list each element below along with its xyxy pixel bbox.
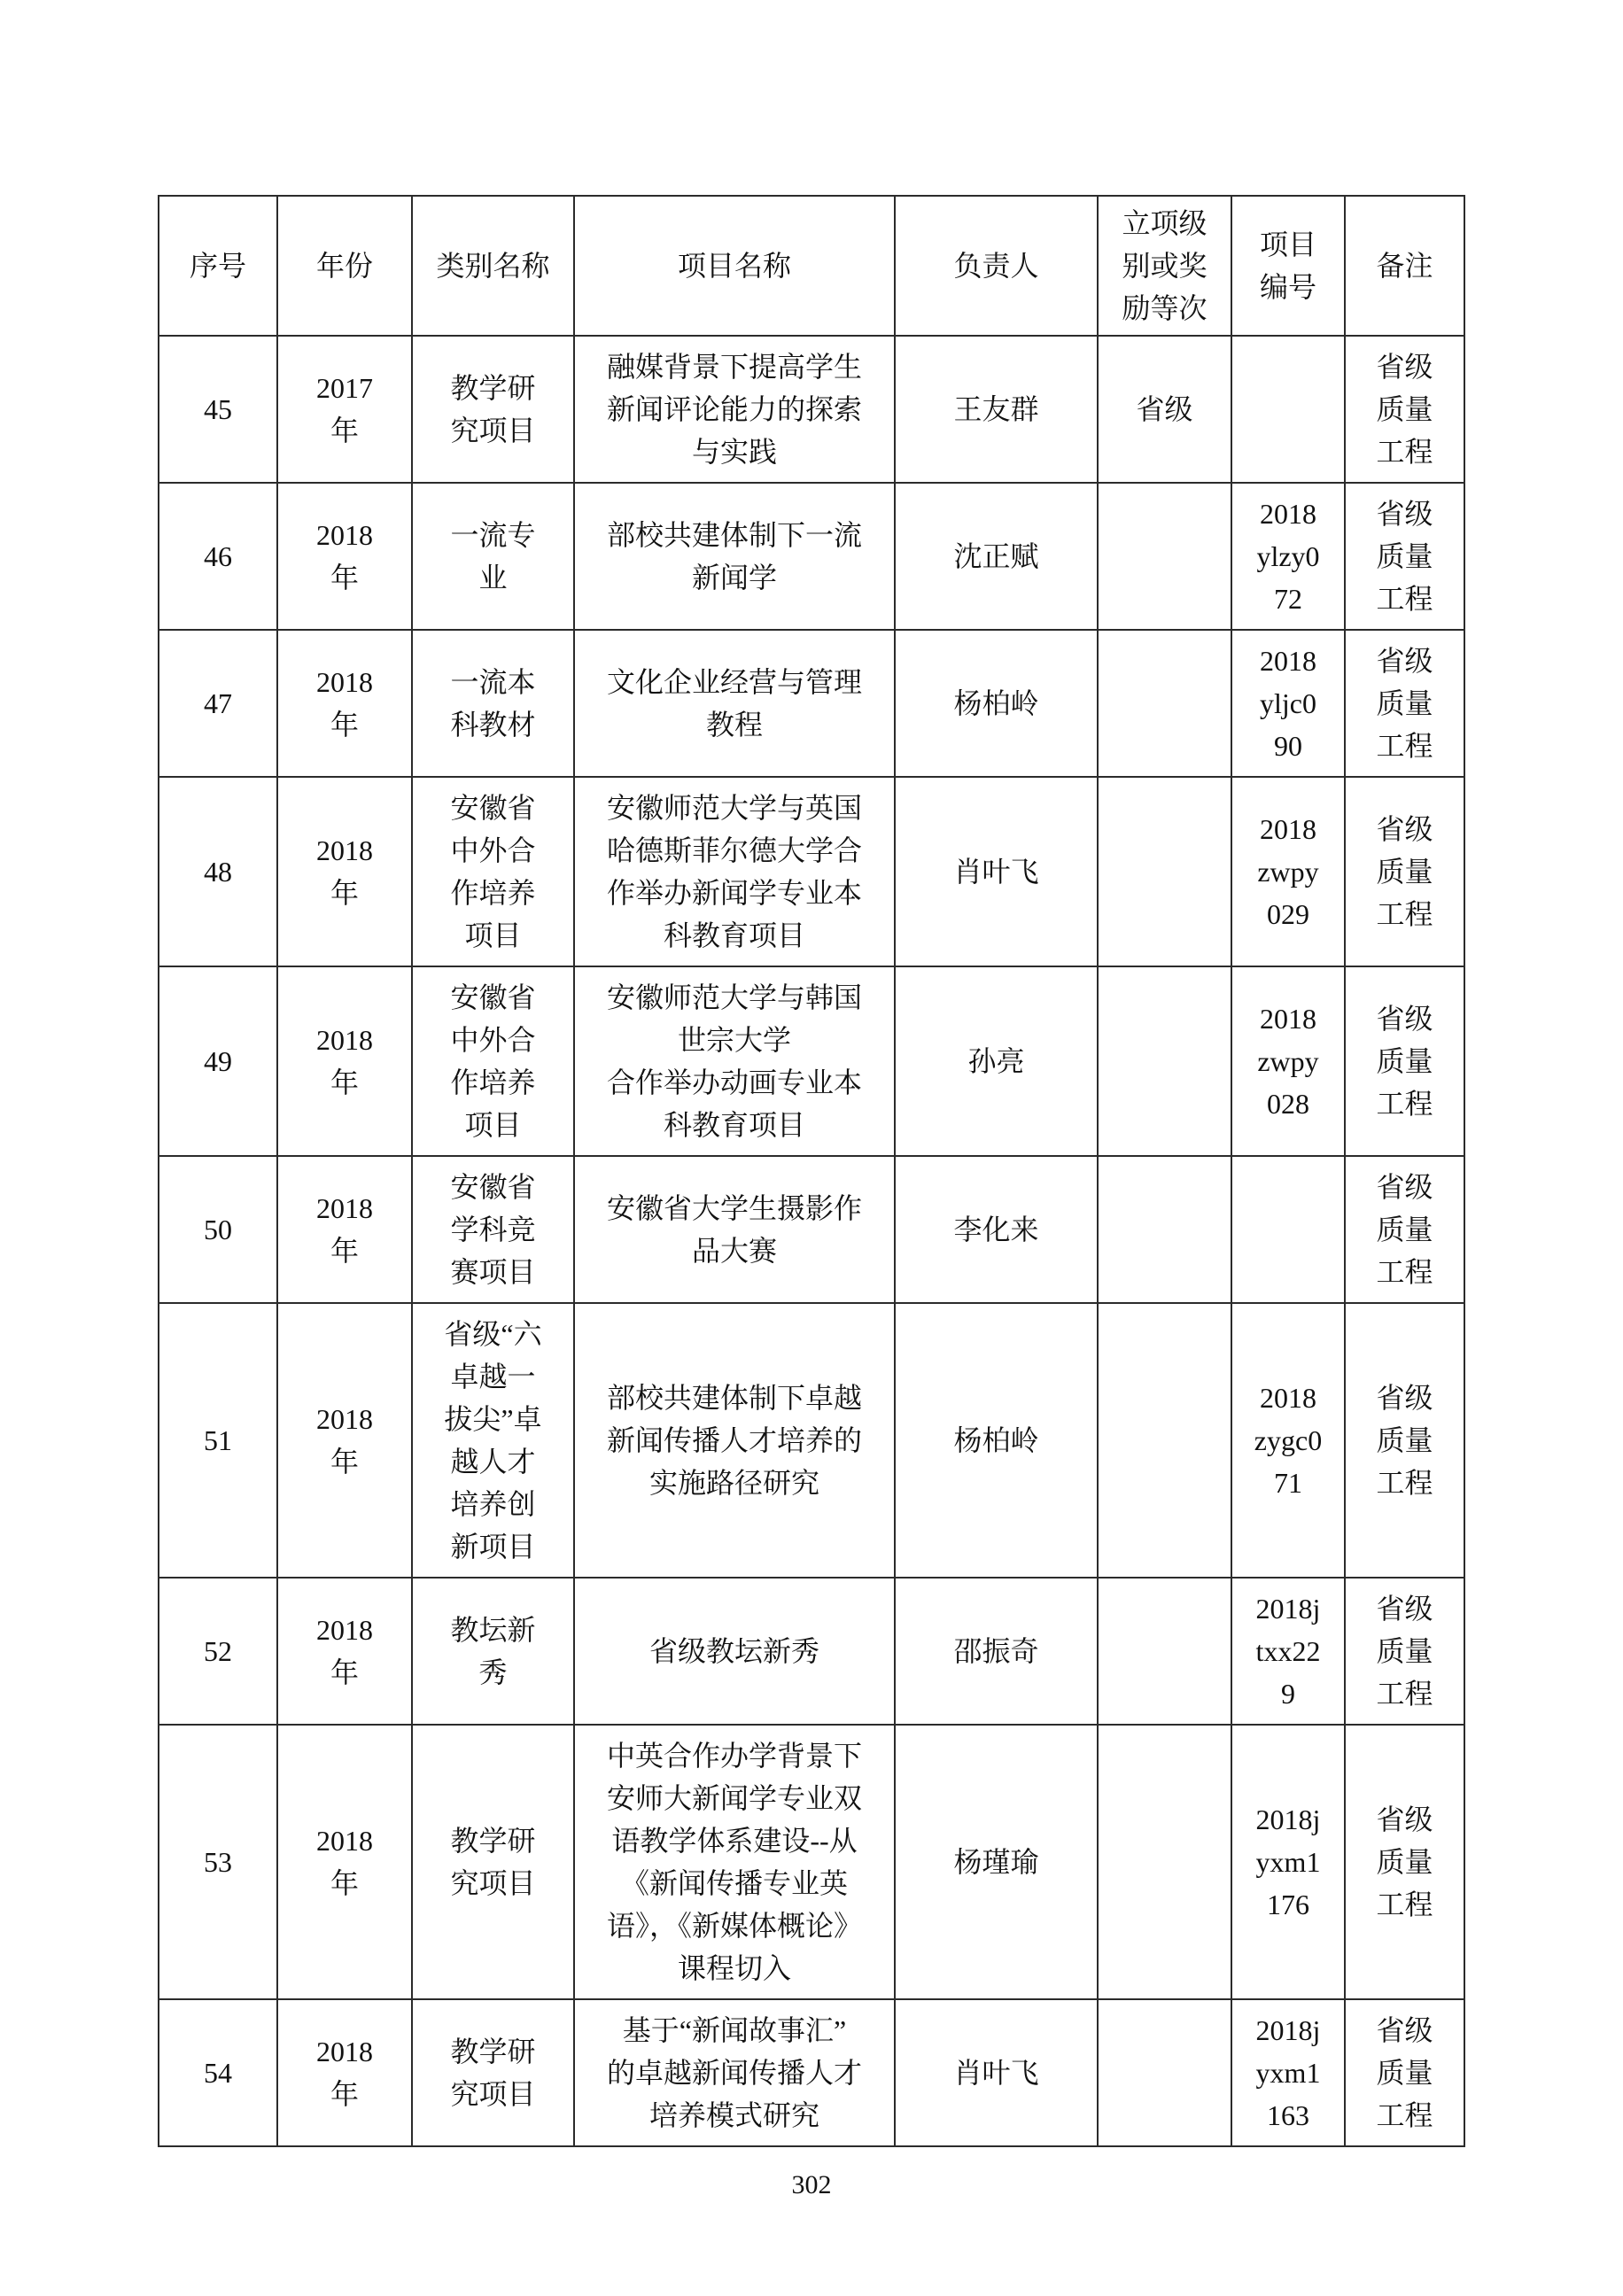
header-cell-num: 序号 xyxy=(159,196,277,336)
cell-project: 安徽师范大学与韩国 世宗大学 合作举办动画专业本 科教育项目 xyxy=(574,966,895,1156)
cell-project: 中英合作办学背景下 安师大新闻学专业双 语教学体系建设--从 《新闻传播专业英 … xyxy=(574,1725,895,1999)
cell-project: 部校共建体制下一流 新闻学 xyxy=(574,483,895,630)
cell-category: 安徽省 中外合 作培养 项目 xyxy=(412,777,574,966)
header-cell-project: 项目名称 xyxy=(574,196,895,336)
table-row: 522018 年教坛新 秀省级教坛新秀邵振奇2018j txx22 9省级 质量… xyxy=(159,1578,1464,1725)
cell-leader: 杨柏岭 xyxy=(895,630,1098,777)
cell-level xyxy=(1098,1725,1231,1999)
cell-category: 安徽省 中外合 作培养 项目 xyxy=(412,966,574,1156)
header-cell-level: 立项级 别或奖 励等次 xyxy=(1098,196,1231,336)
cell-num: 48 xyxy=(159,777,277,966)
cell-year: 2018 年 xyxy=(277,1578,412,1725)
cell-note: 省级 质量 工程 xyxy=(1345,336,1464,483)
cell-note: 省级 质量 工程 xyxy=(1345,630,1464,777)
header-cell-year: 年份 xyxy=(277,196,412,336)
cell-level xyxy=(1098,1999,1231,2146)
cell-code xyxy=(1231,336,1345,483)
cell-year: 2018 年 xyxy=(277,1999,412,2146)
cell-leader: 王友群 xyxy=(895,336,1098,483)
cell-note: 省级 质量 工程 xyxy=(1345,1999,1464,2146)
cell-num: 52 xyxy=(159,1578,277,1725)
table-row: 452017 年教学研 究项目融媒背景下提高学生 新闻评论能力的探索 与实践王友… xyxy=(159,336,1464,483)
table-row: 462018 年一流专 业部校共建体制下一流 新闻学沈正赋2018 ylzy0 … xyxy=(159,483,1464,630)
cell-leader: 杨柏岭 xyxy=(895,1303,1098,1578)
table-row: 512018 年省级“六 卓越一 拔尖”卓 越人才 培养创 新项目部校共建体制下… xyxy=(159,1303,1464,1578)
cell-code: 2018 yljc0 90 xyxy=(1231,630,1345,777)
cell-year: 2018 年 xyxy=(277,1303,412,1578)
cell-category: 安徽省 学科竞 赛项目 xyxy=(412,1156,574,1303)
cell-code: 2018j yxm1 176 xyxy=(1231,1725,1345,1999)
table-row: 502018 年安徽省 学科竞 赛项目安徽省大学生摄影作 品大赛李化来省级 质量… xyxy=(159,1156,1464,1303)
cell-note: 省级 质量 工程 xyxy=(1345,966,1464,1156)
cell-code xyxy=(1231,1156,1345,1303)
projects-table: 序号年份类别名称项目名称负责人立项级 别或奖 励等次项目 编号备注 452017… xyxy=(158,195,1465,2147)
cell-note: 省级 质量 工程 xyxy=(1345,483,1464,630)
cell-level xyxy=(1098,777,1231,966)
cell-leader: 肖叶飞 xyxy=(895,1999,1098,2146)
cell-code: 2018 zwpy 029 xyxy=(1231,777,1345,966)
cell-num: 46 xyxy=(159,483,277,630)
cell-level xyxy=(1098,1578,1231,1725)
table-row: 482018 年安徽省 中外合 作培养 项目安徽师范大学与英国 哈德斯菲尔德大学… xyxy=(159,777,1464,966)
cell-level xyxy=(1098,966,1231,1156)
cell-level: 省级 xyxy=(1098,336,1231,483)
cell-note: 省级 质量 工程 xyxy=(1345,1303,1464,1578)
cell-category: 一流专 业 xyxy=(412,483,574,630)
table-row: 532018 年教学研 究项目中英合作办学背景下 安师大新闻学专业双 语教学体系… xyxy=(159,1725,1464,1999)
cell-project: 基于“新闻故事汇” 的卓越新闻传播人才 培养模式研究 xyxy=(574,1999,895,2146)
cell-note: 省级 质量 工程 xyxy=(1345,1156,1464,1303)
table-row: 492018 年安徽省 中外合 作培养 项目安徽师范大学与韩国 世宗大学 合作举… xyxy=(159,966,1464,1156)
cell-code: 2018j yxm1 163 xyxy=(1231,1999,1345,2146)
cell-num: 45 xyxy=(159,336,277,483)
cell-code: 2018 zygc0 71 xyxy=(1231,1303,1345,1578)
cell-num: 53 xyxy=(159,1725,277,1999)
cell-year: 2018 年 xyxy=(277,630,412,777)
cell-project: 安徽师范大学与英国 哈德斯菲尔德大学合 作举办新闻学专业本 科教育项目 xyxy=(574,777,895,966)
cell-year: 2018 年 xyxy=(277,1156,412,1303)
cell-code: 2018 zwpy 028 xyxy=(1231,966,1345,1156)
cell-note: 省级 质量 工程 xyxy=(1345,777,1464,966)
document-page: 序号年份类别名称项目名称负责人立项级 别或奖 励等次项目 编号备注 452017… xyxy=(0,0,1623,2296)
cell-num: 54 xyxy=(159,1999,277,2146)
cell-project: 融媒背景下提高学生 新闻评论能力的探索 与实践 xyxy=(574,336,895,483)
cell-year: 2018 年 xyxy=(277,966,412,1156)
cell-leader: 肖叶飞 xyxy=(895,777,1098,966)
cell-project: 文化企业经营与管理 教程 xyxy=(574,630,895,777)
cell-project: 安徽省大学生摄影作 品大赛 xyxy=(574,1156,895,1303)
cell-leader: 沈正赋 xyxy=(895,483,1098,630)
cell-leader: 李化来 xyxy=(895,1156,1098,1303)
cell-category: 省级“六 卓越一 拔尖”卓 越人才 培养创 新项目 xyxy=(412,1303,574,1578)
header-cell-category: 类别名称 xyxy=(412,196,574,336)
cell-project: 部校共建体制下卓越 新闻传播人才培养的 实施路径研究 xyxy=(574,1303,895,1578)
cell-note: 省级 质量 工程 xyxy=(1345,1578,1464,1725)
cell-level xyxy=(1098,483,1231,630)
cell-year: 2018 年 xyxy=(277,777,412,966)
cell-leader: 邵振奇 xyxy=(895,1578,1098,1725)
cell-year: 2018 年 xyxy=(277,483,412,630)
header-cell-leader: 负责人 xyxy=(895,196,1098,336)
header-cell-note: 备注 xyxy=(1345,196,1464,336)
cell-level xyxy=(1098,1156,1231,1303)
cell-category: 一流本 科教材 xyxy=(412,630,574,777)
cell-num: 51 xyxy=(159,1303,277,1578)
cell-code: 2018j txx22 9 xyxy=(1231,1578,1345,1725)
cell-leader: 杨瑾瑜 xyxy=(895,1725,1098,1999)
table-row: 472018 年一流本 科教材文化企业经营与管理 教程杨柏岭2018 yljc0… xyxy=(159,630,1464,777)
table-body: 452017 年教学研 究项目融媒背景下提高学生 新闻评论能力的探索 与实践王友… xyxy=(159,336,1464,2146)
cell-note: 省级 质量 工程 xyxy=(1345,1725,1464,1999)
cell-project: 省级教坛新秀 xyxy=(574,1578,895,1725)
table-row: 542018 年教学研 究项目基于“新闻故事汇” 的卓越新闻传播人才 培养模式研… xyxy=(159,1999,1464,2146)
cell-code: 2018 ylzy0 72 xyxy=(1231,483,1345,630)
cell-num: 47 xyxy=(159,630,277,777)
cell-category: 教学研 究项目 xyxy=(412,1725,574,1999)
cell-num: 49 xyxy=(159,966,277,1156)
cell-year: 2017 年 xyxy=(277,336,412,483)
cell-level xyxy=(1098,1303,1231,1578)
page-number: 302 xyxy=(0,2170,1623,2200)
cell-year: 2018 年 xyxy=(277,1725,412,1999)
header-cell-code: 项目 编号 xyxy=(1231,196,1345,336)
cell-num: 50 xyxy=(159,1156,277,1303)
cell-category: 教学研 究项目 xyxy=(412,1999,574,2146)
cell-leader: 孙亮 xyxy=(895,966,1098,1156)
cell-level xyxy=(1098,630,1231,777)
cell-category: 教学研 究项目 xyxy=(412,336,574,483)
cell-category: 教坛新 秀 xyxy=(412,1578,574,1725)
table-header-row: 序号年份类别名称项目名称负责人立项级 别或奖 励等次项目 编号备注 xyxy=(159,196,1464,336)
